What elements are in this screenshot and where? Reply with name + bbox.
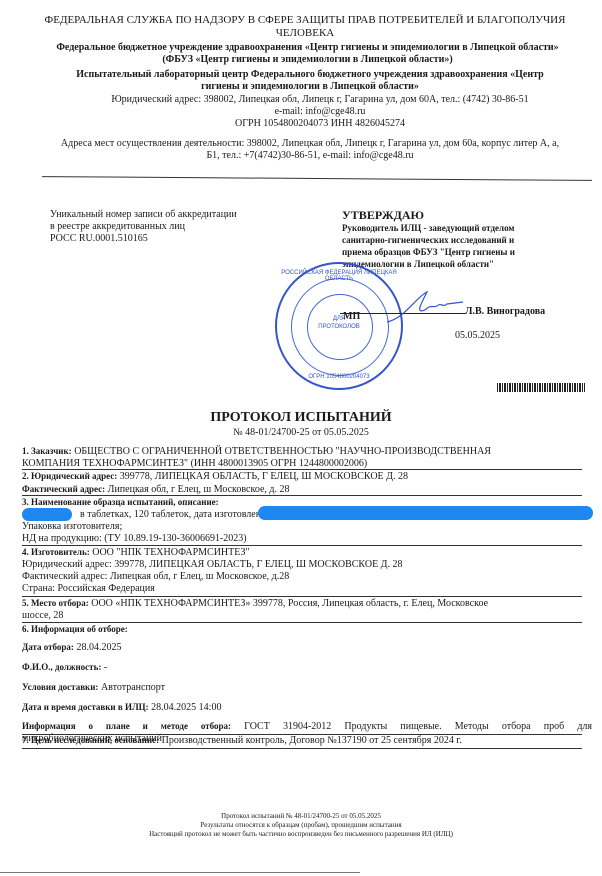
lab-line-2: гигиены и эпидемиологии в Липецкой облас… <box>40 81 580 93</box>
lab-line-1: Испытательный лабораторный центр Федерал… <box>40 69 580 81</box>
manufacturer-country: Страна: Российская Федерация <box>22 583 592 595</box>
lab-name: Испытательный лабораторный центр Федерал… <box>40 69 580 93</box>
barcode <box>497 383 585 392</box>
lab-email: e-mail: info@cge48.ru <box>60 106 580 118</box>
lab-contacts: Юридический адрес: 398002, Липецкая обл,… <box>60 94 580 130</box>
fio-value: - <box>104 662 107 673</box>
signer-name: Л.В. Виноградова <box>465 306 545 318</box>
purpose-label: 7. Цель исследований, основание: <box>22 735 159 745</box>
legal-address-value: 399778, ЛИПЕЦКАЯ ОБЛАСТЬ, Г ЕЛЕЦ, Ш МОСК… <box>120 471 408 482</box>
purpose-value: Производственный контроль, Договор №1371… <box>162 735 462 746</box>
activity-addresses: Адреса мест осуществления деятельности: … <box>30 138 590 162</box>
sampling-place-label: 5. Место отбора: <box>22 598 89 608</box>
accreditation-block: Уникальный номер записи об аккредитации … <box>50 209 290 245</box>
actual-address-label: Фактический адрес: <box>22 484 105 494</box>
section-sampling-place: 5. Место отбора: ООО «НПК ТЕХНОФАРМСИНТЕ… <box>22 597 592 622</box>
protocol-number: № 48-01/24700-25 от 05.05.2025 <box>0 427 602 439</box>
institution-line-1: Федеральное бюджетное учреждение здравоо… <box>20 42 595 54</box>
customer-value-line-1: ОБЩЕСТВО С ОГРАНИЧЕННОЙ ОТВЕТСТВЕННОСТЬЮ… <box>74 446 491 457</box>
delivery-datetime-label: Дата и время доставки в ИЛЦ: <box>22 702 149 712</box>
legal-address-label: 2. Юридический адрес: <box>22 471 117 481</box>
sampling-plan-value-line-1: ГОСТ 31904-2012 Продукты пищевые. Методы… <box>244 721 592 732</box>
stamp-bottom-text: ОГРН 1054800204073 <box>277 374 401 380</box>
stamp-center-line-1: ДЛЯ <box>277 316 401 322</box>
stamp-outer-text: РОССИЙСКАЯ ФЕДЕРАЦИЯ ЛИПЕЦКАЯ ОБЛАСТЬ <box>277 270 401 282</box>
approval-date: 05.05.2025 <box>455 330 500 342</box>
approval-block: УТВЕРЖДАЮ Руководитель ИЛЦ - заведующий … <box>342 208 582 270</box>
header-divider <box>42 176 592 181</box>
manufacturer-legal-address: Юридический адрес: 399778, ЛИПЕЦКАЯ ОБЛА… <box>22 559 592 571</box>
page-footer: Протокол испытаний № 48-01/24700-25 от 0… <box>0 812 602 839</box>
footer-line-1: Протокол испытаний № 48-01/24700-25 от 0… <box>0 812 602 821</box>
manufacturer-actual-address: Фактический адрес: Липецкая обл, г Елец,… <box>22 571 592 583</box>
activity-address-line-2: Б1, тел.: +7(4742)30-86-51, e-mail: info… <box>30 150 590 162</box>
accreditation-number: РОСС RU.0001.510165 <box>50 233 290 245</box>
redaction-mark <box>22 508 72 521</box>
agency-line-1: ФЕДЕРАЛЬНАЯ СЛУЖБА ПО НАДЗОРУ В СФЕРЕ ЗА… <box>20 14 590 27</box>
sampling-plan-label: Информация о плане и методе отбора: <box>22 721 231 731</box>
sampling-place-value-line-2: шоссе, 28 <box>22 610 592 622</box>
signature-icon <box>385 288 465 328</box>
divider-7 <box>22 748 582 749</box>
delivery-conditions-value: Автотранспорт <box>101 682 165 693</box>
approval-line-1: Руководитель ИЛЦ - заведующий отделом <box>342 222 582 234</box>
footer-line-3: Настоящий протокол не может быть частичн… <box>0 830 602 839</box>
section-legal-address: 2. Юридический адрес: 399778, ЛИПЕЦКАЯ О… <box>22 470 592 496</box>
stamp-center-line-2: ПРОТОКОЛОВ <box>277 324 401 330</box>
sample-packaging: Упаковка изготовителя; <box>22 521 594 533</box>
accreditation-line-1: Уникальный номер записи об аккредитации <box>50 209 290 221</box>
delivery-conditions-label: Условия доставки: <box>22 682 98 692</box>
agency-name: ФЕДЕРАЛЬНАЯ СЛУЖБА ПО НАДЗОРУ В СФЕРЕ ЗА… <box>20 14 590 40</box>
ogrn-inn: ОГРН 1054800204073 ИНН 4826045274 <box>60 118 580 130</box>
accreditation-line-2: в реестре аккредитованных лиц <box>50 221 290 233</box>
customer-label: 1. Заказчик: <box>22 446 72 456</box>
approval-line-3: приема образцов ФБУЗ "Центр гигиены и <box>342 246 582 258</box>
fio-label: Ф.И.О., должность: <box>22 662 101 672</box>
section-sampling-info: 6. Информация об отборе: Дата отбора: 28… <box>22 623 592 745</box>
sample-nd: НД на продукцию: (ТУ 10.89.19-130-360066… <box>22 533 594 545</box>
agency-line-2: ЧЕЛОВЕКА <box>20 27 590 40</box>
section-customer: 1. Заказчик: ОБЩЕСТВО С ОГРАНИЧЕННОЙ ОТВ… <box>22 445 592 470</box>
delivery-datetime-value: 28.04.2025 14:00 <box>151 702 221 713</box>
mp-label: МП <box>343 311 360 323</box>
institution-name: Федеральное бюджетное учреждение здравоо… <box>20 42 595 66</box>
manufacturer-value: ООО "НПК ТЕХНОФАРМСИНТЕЗ" <box>92 547 249 558</box>
footer-line-2: Результаты относятся к образцам (пробам)… <box>0 821 602 830</box>
sampling-info-label: 6. Информация об отборе: <box>22 623 592 635</box>
approval-title: УТВЕРЖДАЮ <box>342 208 582 222</box>
legal-address: Юридический адрес: 398002, Липецкая обл,… <box>60 94 580 106</box>
section-sample: 3. Наименование образца испытаний, описа… <box>22 496 594 545</box>
section-manufacturer: 4. Изготовитель: ООО "НПК ТЕХНОФАРМСИНТЕ… <box>22 546 592 595</box>
approval-line-4: эпидемиологии в Липецкой области" <box>342 258 582 270</box>
sampling-date-value: 28.04.2025 <box>76 642 121 653</box>
section-purpose: 7. Цель исследований, основание: Произво… <box>22 734 592 747</box>
activity-address-line-1: Адреса мест осуществления деятельности: … <box>30 138 590 150</box>
sampling-date-label: Дата отбора: <box>22 642 74 652</box>
sampling-place-value-line-1: ООО «НПК ТЕХНОФАРМСИНТЕЗ» 399778, Россия… <box>91 598 488 609</box>
institution-line-2: (ФБУЗ «Центр гигиены и эпидемиологии в Л… <box>20 54 595 66</box>
approval-line-2: санитарно-гигиенических исследований и <box>342 234 582 246</box>
redaction-mark <box>258 506 593 520</box>
actual-address-value: Липецкая обл, г Елец, ш Московское, д. 2… <box>108 484 290 495</box>
scan-edge-line <box>0 872 360 873</box>
sample-label: 3. Наименование образца испытаний, описа… <box>22 497 219 507</box>
protocol-title: ПРОТОКОЛ ИСПЫТАНИЙ <box>0 410 602 426</box>
manufacturer-label: 4. Изготовитель: <box>22 547 90 557</box>
official-stamp: РОССИЙСКАЯ ФЕДЕРАЦИЯ ЛИПЕЦКАЯ ОБЛАСТЬ ДЛ… <box>275 262 403 390</box>
